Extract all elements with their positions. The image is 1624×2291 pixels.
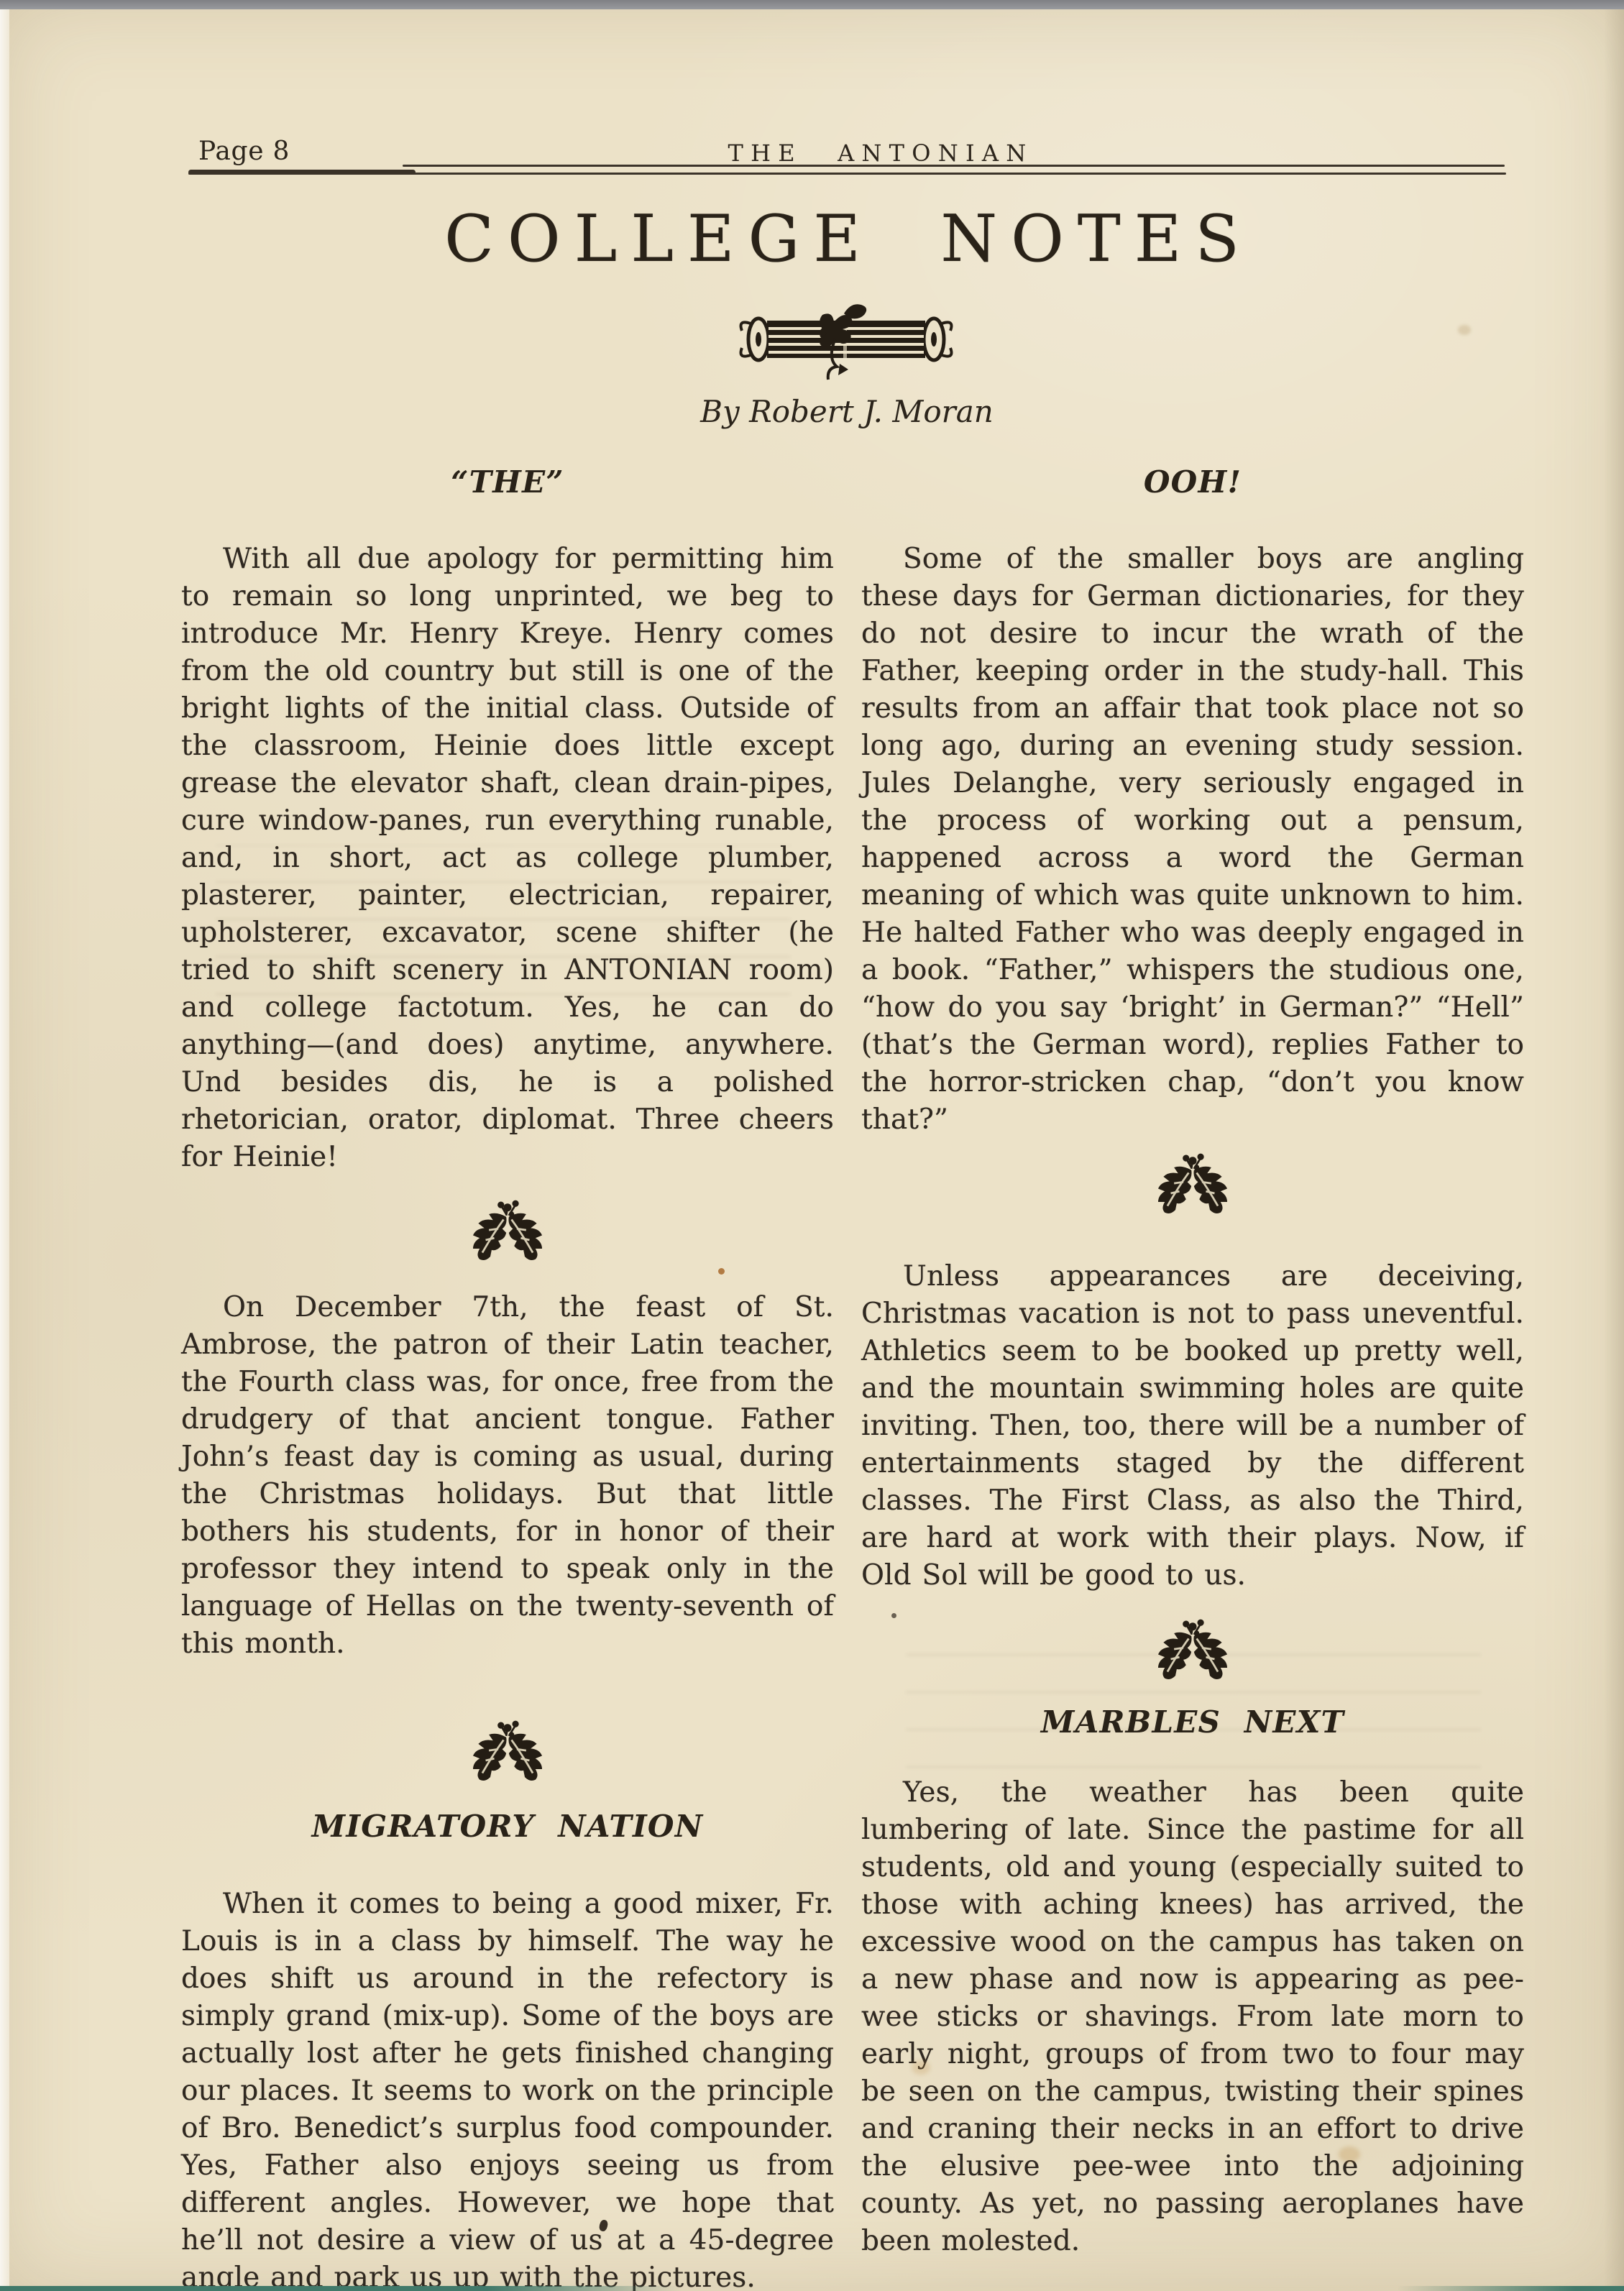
header-rule-top [403,165,1505,167]
foxing-stain [912,2060,930,2075]
stain-speck [718,1268,725,1275]
scan-edge-bottom [0,2286,1624,2291]
ink-speck [891,1613,896,1618]
article-paragraph: When it comes to being a good mixer, Fr.… [181,1886,834,2291]
section-heading-migratory-nation: MIGRATORY NATION [181,1808,834,1845]
holly-sprig-ornament-icon [1138,1616,1247,1685]
scan-edge-left [0,9,9,2291]
article-paragraph: With all due apology for permitting him … [181,541,834,1176]
scanned-newspaper-page: Page 8 THE ANTONIAN COLLEGE NOTES By Rob… [0,0,1624,2291]
scan-edge-right [1604,9,1624,2291]
article-paragraph: On December 7th, the feast of St. Ambros… [181,1289,834,1663]
article-paragraph: Unless appearances are deceiving, Christ… [861,1258,1524,1594]
ribbon-scroll-ornament-icon [735,296,958,382]
scan-edge-top [0,0,1624,9]
foxing-stain [1458,325,1471,335]
left-column: “THE” With all due apology for permittin… [181,464,834,2291]
holly-sprig-ornament-icon [453,1197,562,1266]
article-paragraph: Some of the smaller boys are angling the… [861,541,1524,1139]
header-rule-end [188,170,416,175]
holly-sprig-ornament-icon [1138,1150,1247,1219]
byline: By Robert J. Moran [700,394,994,429]
holly-sprig-ornament-icon [453,1717,562,1786]
article-paragraph: Yes, the weather has been quite lumberin… [861,1774,1524,2260]
page-number-label: Page 8 [198,137,290,166]
foxing-stain [1339,2147,1360,2162]
right-column: OOH! Some of the smaller boys are anglin… [861,464,1524,2260]
article-title: COLLEGE NOTES [73,207,1624,272]
section-heading-marbles-next: MARBLES NEXT [861,1704,1524,1741]
section-heading-ooh: OOH! [861,464,1524,501]
masthead-title: THE ANTONIAN [728,139,1034,167]
section-heading-the: “THE” [181,464,834,501]
